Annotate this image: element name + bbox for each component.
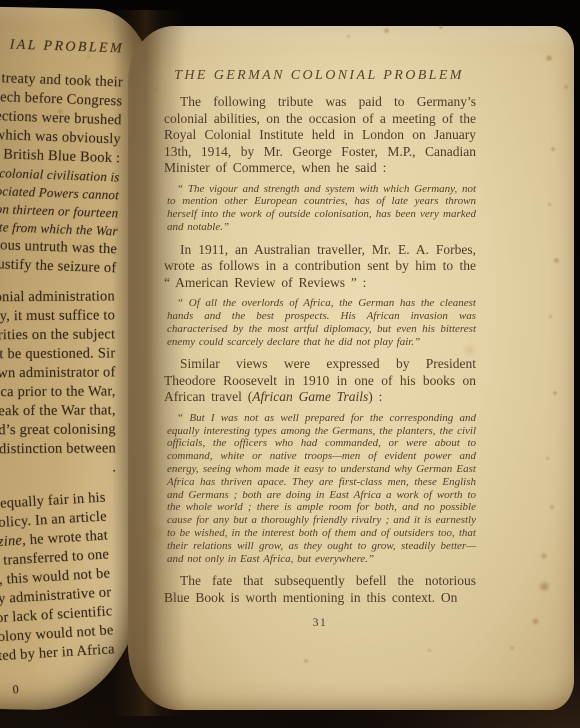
left-page-top-block: IAL PROBLEM treaty and took their speech… — [0, 25, 124, 279]
body-paragraph: The following tribute was paid to German… — [164, 94, 476, 177]
body-paragraph: In 1911, an Australian traveller, Mr. E.… — [164, 242, 476, 292]
page-number: 31 — [164, 617, 476, 629]
body-paragraph: The fate that subsequently befell the no… — [164, 573, 476, 606]
right-page-text-column: THE GERMAN COLONIAL PROBLEM The followin… — [164, 68, 476, 629]
left-page-line: . — [0, 458, 116, 480]
book-title-italic: African Game Trails — [252, 389, 368, 404]
magazine-italic-fragment: Magazine, — [0, 532, 26, 552]
left-page-middle-block: colonial administration iency, it must s… — [0, 287, 116, 480]
quote-paragraph: “ The vigour and strength and system wit… — [167, 183, 476, 234]
left-page-line: treaty and took their — [0, 59, 123, 93]
quote-paragraph: “ Of all the overlords of Africa, the Ge… — [167, 297, 476, 348]
paragraph-text: ) : — [368, 389, 382, 404]
left-page-text-column: IAL PROBLEM treaty and took their speech… — [0, 31, 123, 694]
running-header-fragment: IAL PROBLEM — [0, 25, 124, 59]
quote-paragraph: “ But I was not as well prepared for the… — [167, 412, 476, 566]
body-paragraph: Similar views were expressed by Presiden… — [164, 356, 476, 406]
left-page-number-fragment: 0 — [0, 674, 117, 718]
running-header: THE GERMAN COLONIAL PROBLEM — [162, 68, 476, 84]
left-page-bottom-block: ry was equally fair in his nial policy. … — [0, 489, 117, 719]
left-page-line: ake a distinction between — [0, 439, 116, 461]
right-page: THE GERMAN COLONIAL PROBLEM The followin… — [128, 26, 574, 710]
